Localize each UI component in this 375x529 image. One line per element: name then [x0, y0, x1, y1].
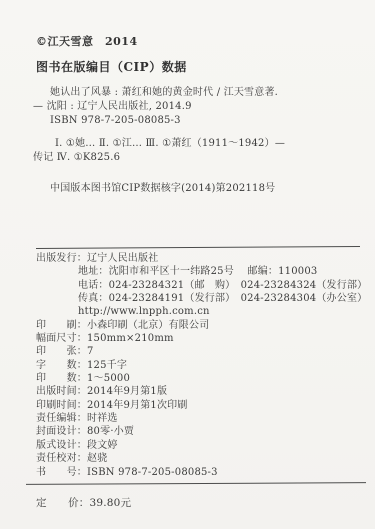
row-value: 小森印刷（北京）有限公司	[87, 319, 209, 332]
colophon-row-cover-design: 封面设计：80零·小贾	[36, 425, 366, 438]
copyright-notice: ©江天雪意 2014	[36, 33, 138, 49]
row-label: 印 刷：	[36, 319, 87, 332]
colophon-row-book-number: 书 号：ISBN 978-7-205-08085-3	[36, 466, 366, 479]
book-colophon-page: ©江天雪意 2014 图书在版编目（CIP）数据 她认出了风暴 : 萧红和她的黄…	[0, 0, 375, 529]
price-value: 39.80元	[90, 495, 132, 510]
row-label: 字 数：	[36, 359, 87, 372]
row-label: 印刷时间：	[36, 399, 87, 412]
row-value: 7	[87, 345, 94, 358]
row-value: http://www.lnpph.com.cn	[78, 305, 210, 318]
row-value: 024-23284321（邮 购） 024-23284324（发行部）	[109, 279, 368, 292]
colophon-row-printer: 印 刷：小森印刷（北京）有限公司	[36, 319, 366, 332]
colophon-block: 出版发行：辽宁人民出版社 地址：沈阳市和平区十一纬路25号 邮编：110003 …	[36, 252, 366, 479]
divider-line-bottom	[26, 482, 366, 485]
row-value: 段文婷	[87, 439, 118, 452]
row-value: 1～5000	[87, 372, 130, 385]
colophon-row-print-run: 印 数：1～5000	[36, 372, 366, 385]
colophon-row-address: 地址：沈阳市和平区十一纬路25号 邮编：110003	[78, 265, 366, 278]
row-label: 出版发行：	[36, 252, 87, 265]
row-label: 幅面尺寸：	[36, 332, 87, 345]
row-label: 电话：	[78, 279, 109, 292]
row-label: 封面设计：	[36, 425, 87, 438]
colophon-row-print-date: 印刷时间：2014年9月第1次印刷	[36, 399, 366, 412]
divider-line-top	[36, 246, 360, 249]
row-value: 80零·小贾	[87, 425, 134, 438]
cip-publisher-line: — 沈阳 : 辽宁人民出版社, 2014.9	[33, 100, 353, 114]
cip-title-line: 她认出了风暴 : 萧红和她的黄金时代 / 江天雪意著.	[33, 86, 353, 100]
row-value: 赵骁	[87, 452, 107, 465]
row-value: 时祥选	[87, 412, 118, 425]
colophon-row-word-count: 字 数：125千字	[36, 359, 366, 372]
row-label: 传真：	[78, 292, 109, 305]
colophon-row-layout-design: 版式设计：段文婷	[36, 439, 366, 452]
colophon-row-publish-date: 出版时间：2014年9月第1版	[36, 385, 366, 398]
row-label: 地址：	[78, 265, 109, 278]
colophon-row-format: 幅面尺寸：150mm×210mm	[36, 332, 366, 345]
row-label: 责任编辑：	[36, 412, 87, 425]
price-label: 定 价：	[36, 495, 90, 510]
cip-isbn-line: ISBN 978-7-205-08085-3	[33, 114, 353, 128]
colophon-row-executive-editor: 责任编辑：时祥选	[36, 412, 366, 425]
colophon-row-website: http://www.lnpph.com.cn	[78, 305, 366, 318]
classification-line-1: Ⅰ. ①她… Ⅱ. ①江… Ⅲ. ①萧红（1911～1942）—	[33, 137, 353, 151]
row-value: 辽宁人民出版社	[87, 252, 158, 265]
row-value: ISBN 978-7-205-08085-3	[87, 466, 218, 479]
price-row: 定 价：39.80元	[36, 495, 131, 510]
row-label: 责任校对：	[36, 452, 87, 465]
row-label: 出版时间：	[36, 385, 87, 398]
colophon-row-fax: 传真：024-23284191（发行部） 024-23284304（办公室）	[78, 292, 366, 305]
cip-catalog-entry: 她认出了风暴 : 萧红和她的黄金时代 / 江天雪意著. — 沈阳 : 辽宁人民出…	[33, 86, 353, 127]
row-label: 版式设计：	[36, 439, 87, 452]
row-label: 印 张：	[36, 345, 87, 358]
row-label: 书 号：	[36, 466, 87, 479]
row-value: 024-23284191（发行部） 024-23284304（办公室）	[109, 292, 368, 305]
colophon-row-publisher: 出版发行：辽宁人民出版社	[36, 252, 366, 265]
colophon-row-proofreader: 责任校对：赵骁	[36, 452, 366, 465]
row-value: 2014年9月第1次印刷	[87, 399, 188, 412]
row-value: 2014年9月第1版	[87, 385, 167, 398]
cip-record-number: 中国版本图书馆CIP数据核字(2014)第202118号	[50, 179, 275, 194]
row-value: 125千字	[87, 359, 127, 372]
row-label: 印 数：	[36, 372, 87, 385]
colophon-row-sheets: 印 张：7	[36, 345, 366, 358]
colophon-row-phone: 电话：024-23284321（邮 购） 024-23284324（发行部）	[78, 279, 366, 292]
row-value: 150mm×210mm	[87, 332, 174, 345]
cip-data-heading: 图书在版编目（CIP）数据	[36, 58, 187, 75]
cip-classification: Ⅰ. ①她… Ⅱ. ①江… Ⅲ. ①萧红（1911～1942）— 传记 Ⅳ. ①…	[33, 137, 353, 165]
row-value: 沈阳市和平区十一纬路25号 邮编：110003	[109, 265, 318, 278]
classification-line-2: 传记 Ⅳ. ①K825.6	[33, 151, 353, 165]
